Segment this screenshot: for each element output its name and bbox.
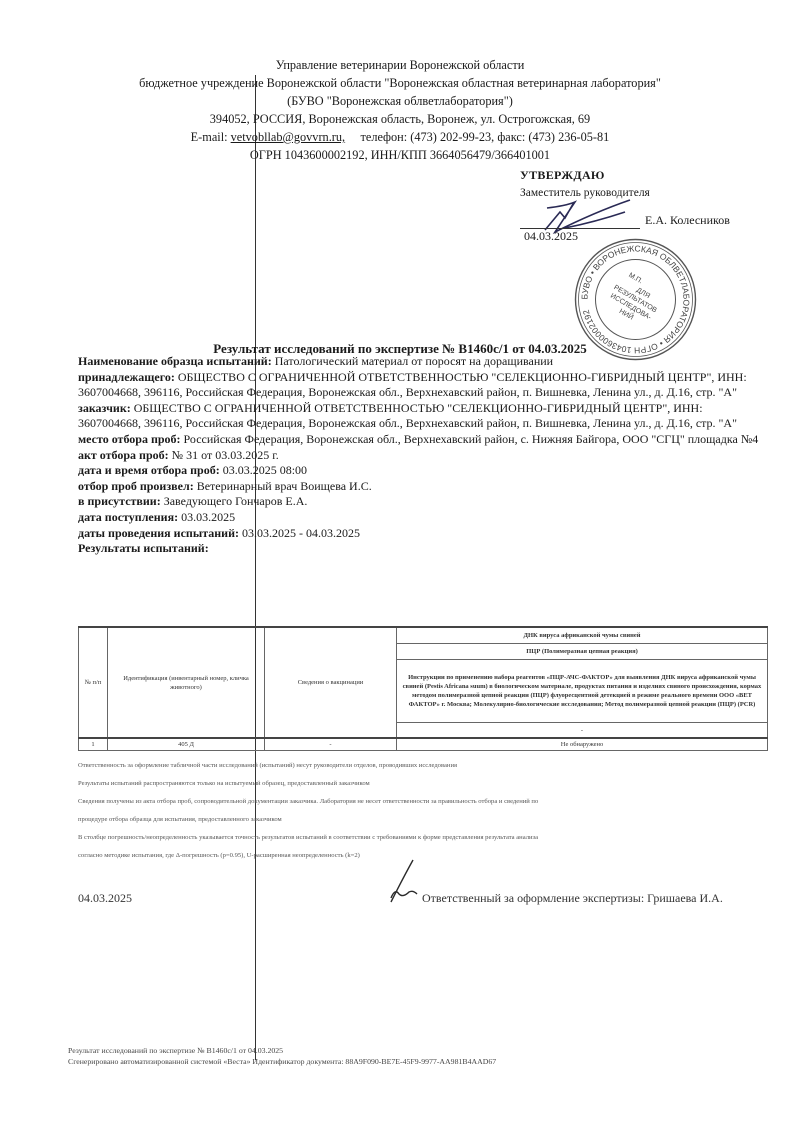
note-3: Сведения получены из акта отбора проб, с… (78, 793, 768, 811)
header-ogrn: ОГРН 1043600002192, ИНН/КПП 3664056479/3… (0, 146, 800, 164)
header-ministry: Управление ветеринарии Воронежской облас… (0, 56, 800, 74)
email-link[interactable]: vetvobllab@govvrn.ru, (231, 130, 345, 144)
document-footer: Результат исследований по экспертизе № В… (68, 1045, 496, 1067)
email-label: E-mail: (191, 130, 228, 144)
cell-vaccination: - (265, 738, 397, 751)
col-header-method: ПЦР (Полимеразная цепная реакция) (397, 644, 768, 660)
svg-text:М.П.: М.П. (627, 272, 643, 285)
footer-generated-id: Сгенерировано автоматизированной системо… (68, 1056, 496, 1067)
field-sampling-place: место отбора проб: Российская Федерация,… (78, 432, 768, 448)
field-owner: принадлежащего: ОБЩЕСТВО С ОГРАНИЧЕННОЙ … (78, 370, 768, 401)
cell-result: Не обнаружено (397, 738, 768, 751)
responsible-person: Ответственный за оформление экспертизы: … (422, 891, 723, 906)
field-receipt-date: дата поступления: 03.03.2025 (78, 510, 768, 526)
note-2: Результаты испытаний распространяются то… (78, 775, 768, 793)
col-header-number: № п/п (79, 627, 108, 738)
footer-date: 04.03.2025 (78, 891, 132, 906)
col-header-vaccination: Сведения о вакцинации (265, 627, 397, 738)
field-sample-name: Наименование образца испытаний: Патологи… (78, 354, 768, 370)
field-sampled-by: отбор проб произвел: Ветеринарный врач В… (78, 479, 768, 495)
footer-reference: Результат исследований по экспертизе № В… (68, 1045, 496, 1056)
field-in-presence-of: в присутствии: Заведующего Гончаров Е.А. (78, 494, 768, 510)
col-header-unit: - (397, 723, 768, 739)
notes-section: Ответственность за оформление табличной … (78, 757, 768, 865)
approval-date: 04.03.2025 (524, 229, 578, 244)
header-address: 394052, РОССИЯ, Воронежская область, Вор… (0, 110, 800, 128)
field-customer: заказчик: ОБЩЕСТВО С ОГРАНИЧЕННОЙ ОТВЕТС… (78, 401, 768, 432)
field-sampling-datetime: дата и время отбора проб: 03.03.2025 08:… (78, 463, 768, 479)
organization-header: Управление ветеринарии Воронежской облас… (0, 56, 800, 164)
cell-number: 1 (79, 738, 108, 751)
phones: телефон: (473) 202-99-23, факс: (473) 23… (360, 130, 609, 144)
scan-artifact-line (255, 75, 256, 1060)
table-row: 1 405 Д - Не обнаружено (79, 738, 768, 751)
approval-heading: УТВЕРЖДАЮ (520, 166, 650, 184)
header-contacts: E-mail: vetvobllab@govvrn.ru, телефон: (… (0, 128, 800, 146)
results-table: № п/п Идентификация (инвентарный номер, … (78, 626, 768, 751)
approver-name: Е.А. Колесников (645, 213, 730, 228)
sample-details: Наименование образца испытаний: Патологи… (78, 354, 768, 557)
note-5: В столбце погрешность/неопределенность у… (78, 829, 768, 847)
field-test-dates: даты проведения испытаний: 03.03.2025 - … (78, 526, 768, 542)
field-sampling-act: акт отбора проб: № 31 от 03.03.2025 г. (78, 448, 768, 464)
header-short-name: (БУВО "Воронежская облветлаборатория") (0, 92, 800, 110)
col-header-method-document: Инструкции по применению набора реагенто… (397, 660, 768, 723)
col-header-identification: Идентификация (инвентарный номер, кличка… (108, 627, 265, 738)
header-institution: бюджетное учреждение Воронежской области… (0, 74, 800, 92)
col-header-indicator: ДНК вируса африканской чумы свиней (397, 627, 768, 644)
cell-identification: 405 Д (108, 738, 265, 751)
note-1: Ответственность за оформление табличной … (78, 757, 768, 775)
field-results-heading: Результаты испытаний: (78, 541, 768, 557)
note-4: процедуре отбора образца для испытания, … (78, 811, 768, 829)
